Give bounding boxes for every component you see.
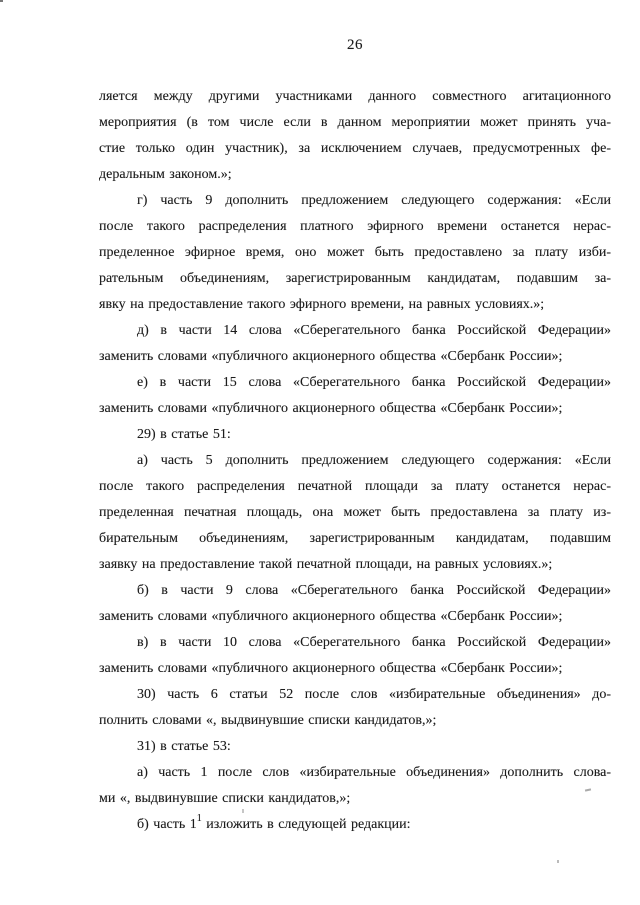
text-line: пределенное эфирное время, оно может быт… <box>99 240 611 266</box>
paragraph: 31) в статье 53: <box>99 734 611 760</box>
paragraph: б) в части 9 слова «Сберегательного банк… <box>99 578 611 630</box>
text-block: ляется между другими участниками данного… <box>99 84 611 838</box>
text-line: ми «, выдвинувшие списки кандидатов,»; <box>99 786 611 812</box>
scan-artifact <box>242 809 244 813</box>
paragraph: 30) часть 6 статьи 52 после слов «избира… <box>99 682 611 734</box>
text-line: а) часть 1 после слов «избирательные объ… <box>99 760 611 786</box>
paragraph: г) часть 9 дополнить предложением следую… <box>99 188 611 318</box>
superscript-text: 1 <box>197 813 202 824</box>
paragraph: 29) в статье 51: <box>99 422 611 448</box>
text-line: в) в части 10 слова «Сберегательного бан… <box>99 630 611 656</box>
text-line: б) в части 9 слова «Сберегательного банк… <box>99 578 611 604</box>
paragraph: а) часть 1 после слов «избирательные объ… <box>99 760 611 812</box>
paragraph: в) в части 10 слова «Сберегательного бан… <box>99 630 611 682</box>
scan-artifact <box>0 0 3 2</box>
text-line: а) часть 5 дополнить предложением следую… <box>99 448 611 474</box>
text-line: заменить словами «публичного акционерног… <box>99 656 611 682</box>
line-segment: б) часть 1 <box>137 817 197 832</box>
text-line: пределенная печатная площадь, она может … <box>99 500 611 526</box>
scan-artifact <box>557 860 559 863</box>
text-line: 29) в статье 51: <box>99 422 611 448</box>
text-line: заменить словами «публичного акционерног… <box>99 344 611 370</box>
text-line: бирательным объединениям, зарегистрирова… <box>99 526 611 552</box>
text-line: мероприятия (в том числе если в данном м… <box>99 110 611 136</box>
text-line: е) в части 15 слова «Сберегательного бан… <box>99 370 611 396</box>
text-line: после такого распределения печатной площ… <box>99 474 611 500</box>
paragraph: д) в части 14 слова «Сберегательного бан… <box>99 318 611 370</box>
text-line: рательным объединениям, зарегистрированн… <box>99 266 611 292</box>
text-line: полнить словами «, выдвинувшие списки ка… <box>99 708 611 734</box>
paragraph: а) часть 5 дополнить предложением следую… <box>99 448 611 578</box>
text-line: заменить словами «публичного акционерног… <box>99 604 611 630</box>
line-segment: изложить в следующей редакции: <box>202 817 411 832</box>
text-line: явку на предоставление такого эфирного в… <box>99 292 611 318</box>
document-page: 26 ляется между другими участниками данн… <box>0 0 640 905</box>
text-line: ляется между другими участниками данного… <box>99 84 611 110</box>
text-line: после такого распределения платного эфир… <box>99 214 611 240</box>
text-line: б) часть 11 изложить в следующей редакци… <box>99 812 611 838</box>
paragraph: ляется между другими участниками данного… <box>99 84 611 188</box>
paragraph: е) в части 15 слова «Сберегательного бан… <box>99 370 611 422</box>
text-line: г) часть 9 дополнить предложением следую… <box>99 188 611 214</box>
text-line: д) в части 14 слова «Сберегательного бан… <box>99 318 611 344</box>
text-line: заявку на предоставление такой печатной … <box>99 552 611 578</box>
page-number: 26 <box>99 34 611 56</box>
text-line: заменить словами «публичного акционерног… <box>99 396 611 422</box>
text-line: деральным законом.»; <box>99 162 611 188</box>
text-line: 30) часть 6 статьи 52 после слов «избира… <box>99 682 611 708</box>
paragraph: б) часть 11 изложить в следующей редакци… <box>99 812 611 838</box>
text-line: 31) в статье 53: <box>99 734 611 760</box>
text-line: стие только один участник), за исключени… <box>99 136 611 162</box>
